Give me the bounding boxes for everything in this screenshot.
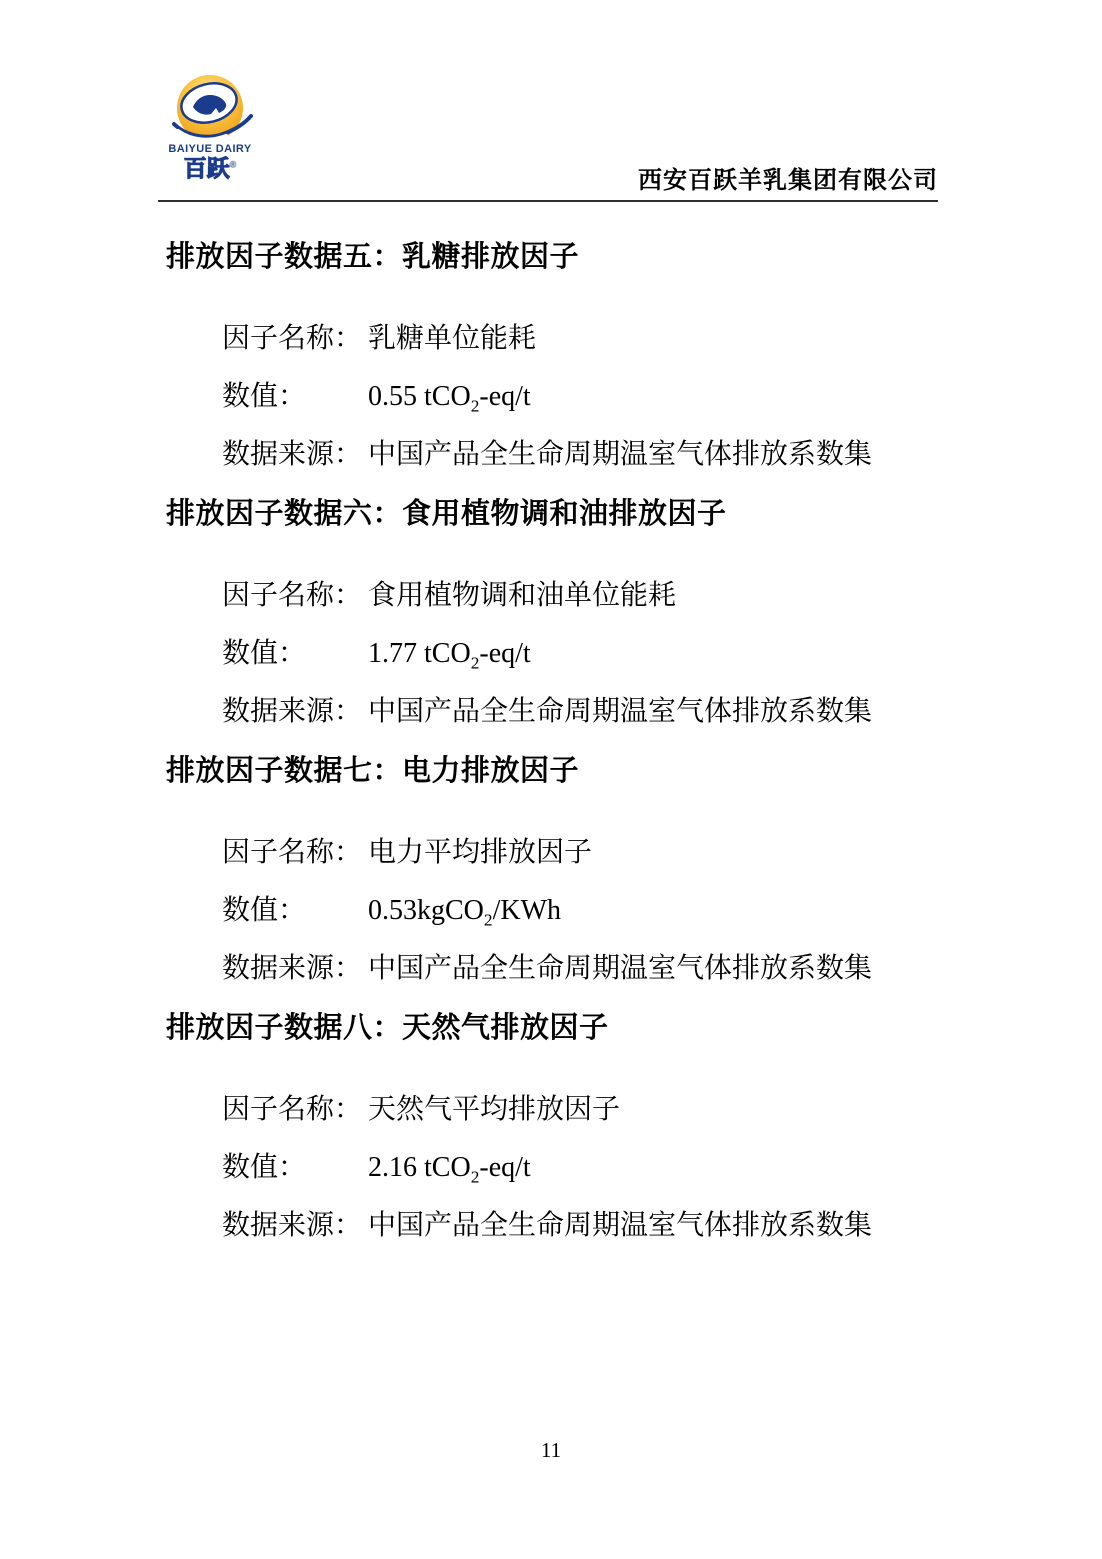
value-row: 数值： 1.77 tCO2-eq/t <box>222 640 952 668</box>
data-source-row: 数据来源： 中国产品全生命周期温室气体排放系数集 <box>222 698 952 726</box>
data-source-row: 数据来源： 中国产品全生命周期温室气体排放系数集 <box>222 955 952 983</box>
value-row: 数值： 0.55 tCO2-eq/t <box>222 383 952 411</box>
field-value: 0.55 tCO2-eq/t <box>368 383 531 411</box>
field-value: 1.77 tCO2-eq/t <box>368 640 531 668</box>
company-logo: BAIYUE DAIRY 百跃® <box>162 74 258 180</box>
section-heading: 排放因子数据七：电力排放因子 <box>166 756 952 786</box>
field-value: 电力平均排放因子 <box>368 839 592 867</box>
document-body: 排放因子数据五：乳糖排放因子 因子名称： 乳糖单位能耗 数值： 0.55 tCO… <box>166 242 952 1270</box>
section-heading: 排放因子数据八：天然气排放因子 <box>166 1013 952 1043</box>
baiyue-dairy-logo-icon <box>166 74 254 146</box>
field-label: 数值： <box>222 383 368 411</box>
field-label: 数值： <box>222 897 368 925</box>
field-value: 0.53kgCO2/KWh <box>368 897 561 925</box>
emission-factor-section-6: 排放因子数据六：食用植物调和油排放因子 因子名称： 食用植物调和油单位能耗 数值… <box>166 499 952 726</box>
field-label: 因子名称： <box>222 325 368 353</box>
field-label: 数据来源： <box>222 441 368 469</box>
page-number: 11 <box>541 1438 561 1462</box>
data-source-row: 数据来源： 中国产品全生命周期温室气体排放系数集 <box>222 441 952 469</box>
page-header: BAIYUE DAIRY 百跃® 西安百跃羊乳集团有限公司 <box>158 0 938 202</box>
field-label: 因子名称： <box>222 839 368 867</box>
field-value: 2.16 tCO2-eq/t <box>368 1154 531 1182</box>
field-label: 数据来源： <box>222 955 368 983</box>
company-name: 西安百跃羊乳集团有限公司 <box>638 160 938 195</box>
field-value: 中国产品全生命周期温室气体排放系数集 <box>368 441 872 469</box>
field-label: 数值： <box>222 1154 368 1182</box>
field-value: 乳糖单位能耗 <box>368 325 536 353</box>
factor-name-row: 因子名称： 天然气平均排放因子 <box>222 1096 952 1124</box>
value-row: 数值： 2.16 tCO2-eq/t <box>222 1154 952 1182</box>
factor-name-row: 因子名称： 乳糖单位能耗 <box>222 325 952 353</box>
section-heading: 排放因子数据六：食用植物调和油排放因子 <box>166 499 952 529</box>
field-value: 天然气平均排放因子 <box>368 1096 620 1124</box>
data-source-row: 数据来源： 中国产品全生命周期温室气体排放系数集 <box>222 1212 952 1240</box>
document-page: BAIYUE DAIRY 百跃® 西安百跃羊乳集团有限公司 排放因子数据五：乳糖… <box>0 0 1102 1559</box>
logo-brand-cn: 百跃® <box>162 157 258 180</box>
emission-factor-section-8: 排放因子数据八：天然气排放因子 因子名称： 天然气平均排放因子 数值： 2.16… <box>166 1013 952 1240</box>
field-label: 因子名称： <box>222 1096 368 1124</box>
section-heading: 排放因子数据五：乳糖排放因子 <box>166 242 952 272</box>
emission-factor-section-7: 排放因子数据七：电力排放因子 因子名称： 电力平均排放因子 数值： 0.53kg… <box>166 756 952 983</box>
factor-name-row: 因子名称： 电力平均排放因子 <box>222 839 952 867</box>
field-label: 数据来源： <box>222 698 368 726</box>
emission-factor-section-5: 排放因子数据五：乳糖排放因子 因子名称： 乳糖单位能耗 数值： 0.55 tCO… <box>166 242 952 469</box>
field-value: 中国产品全生命周期温室气体排放系数集 <box>368 698 872 726</box>
value-row: 数值： 0.53kgCO2/KWh <box>222 897 952 925</box>
field-label: 数据来源： <box>222 1212 368 1240</box>
page-footer: 11 <box>0 1438 1102 1463</box>
registered-mark: ® <box>230 159 237 169</box>
field-value: 中国产品全生命周期温室气体排放系数集 <box>368 955 872 983</box>
field-value: 食用植物调和油单位能耗 <box>368 582 676 610</box>
logo-brand-en: BAIYUE DAIRY <box>162 144 258 155</box>
factor-name-row: 因子名称： 食用植物调和油单位能耗 <box>222 582 952 610</box>
field-label: 数值： <box>222 640 368 668</box>
field-value: 中国产品全生命周期温室气体排放系数集 <box>368 1212 872 1240</box>
field-label: 因子名称： <box>222 582 368 610</box>
